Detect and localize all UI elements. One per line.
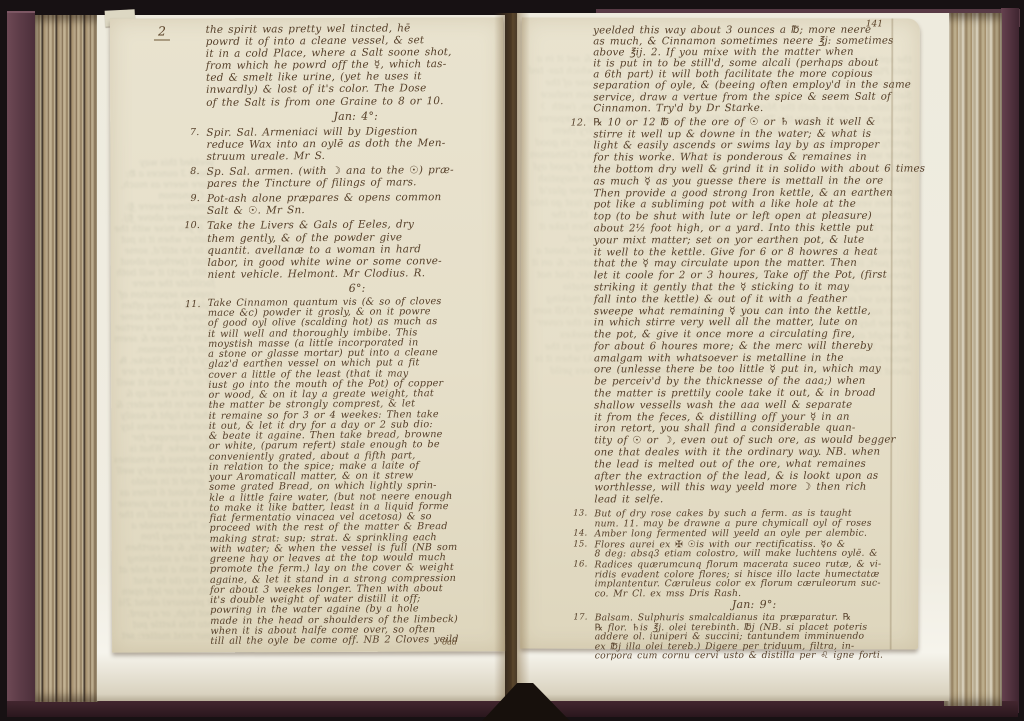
- manuscript-line: 6°:: [208, 281, 507, 295]
- manuscript-line: iron retort, you shall find a considerab…: [594, 423, 926, 436]
- manuscript-line: the lead is melted out of the ore, what …: [594, 458, 926, 471]
- handwritten-text-right: yeelded this way about 3 ounces a ℔; mor…: [558, 25, 914, 663]
- manuscript-line: stirre it well up & downe in the water; …: [593, 128, 925, 141]
- manuscript-line: Jan: 9°:: [595, 600, 914, 610]
- page-stack-left: [35, 15, 99, 702]
- handwritten-text-left: the spirit was pretty wel tincted, hēpow…: [171, 22, 510, 649]
- manuscript-line: Salt & ☉. Mr Sn.: [207, 203, 506, 217]
- manuscript-line: ℞ 10 or 12 ℔ of the ore of ☉ or ♄ wash i…: [593, 116, 925, 129]
- text-block: 10.Take the Livers & Gals of Eeles, dryt…: [172, 218, 506, 281]
- manuscript-line: pares the Tincture of filings of mars.: [207, 176, 506, 190]
- item-number: 17.: [560, 613, 595, 661]
- book-cover-left: [7, 11, 35, 709]
- manuscript-line: light & easily ascends or swims lay by a…: [593, 140, 925, 153]
- manuscript-line: as much ☿ as you guesse there is mettall…: [594, 175, 926, 188]
- manuscript-line: co. Mr Cl. ex mss Dris Rash.: [595, 588, 914, 598]
- text-block: 16.Radices quærumcunq florum macerata su…: [560, 560, 914, 599]
- text-block: 12.℞ 10 or 12 ℔ of the ore of ☉ or ♄ was…: [558, 116, 913, 506]
- manuscript-line: top (to be shut with lute or left open a…: [594, 211, 926, 224]
- manuscript-line: separation of oyle, & (beeing often empl…: [593, 80, 912, 92]
- manuscript-line: after the extraction of the lead, & is l…: [594, 470, 926, 483]
- item-number: [171, 24, 207, 109]
- manuscript-line: yeelded this way about 3 ounces a ℔; mor…: [593, 25, 912, 37]
- manuscript-line: that the ☿ may circulate upon the matter…: [594, 258, 926, 271]
- manuscript-line: till all the oyle be come off. NB 2 Clov…: [210, 635, 509, 648]
- manuscript-line: the pot, & give it once more a circulati…: [594, 329, 926, 342]
- manuscript-line: service, draw a vertue from the spice & …: [593, 91, 912, 103]
- section-heading: Jan: 4°:: [171, 109, 505, 124]
- catchword: 8ad: [442, 637, 457, 646]
- folio-number-left: 2: [154, 23, 170, 40]
- text-block: 17.Balsam. Sulphuris smalcaldianus ita p…: [560, 613, 914, 662]
- item-number: 12.: [558, 117, 594, 506]
- manuscript-line: sweepe what remaining ☿ you can into the…: [594, 305, 926, 318]
- item-number: 7.: [171, 127, 206, 164]
- item-number: 15.: [559, 540, 594, 559]
- item-number: [558, 25, 593, 114]
- text-block: 13.But of dry rose cakes by such a ferm.…: [559, 509, 913, 529]
- manuscript-line: corpora cum cornu cervi usto & distilla …: [595, 651, 914, 661]
- manuscript-line: your mixt matter; set on yor earthen pot…: [594, 234, 926, 247]
- text-block: 7.Spir. Sal. Armeniaci will by Digestion…: [171, 124, 505, 163]
- manuscript-line: pot like a subliming pot with a like hol…: [594, 199, 926, 212]
- text-block: yeelded this way about 3 ounces a ℔; mor…: [558, 25, 912, 115]
- manuscript-line: it from the feces, & distilling off your…: [594, 411, 926, 424]
- section-heading: Jan: 9°:: [560, 600, 914, 611]
- manuscript-line: tity of ☉ or ☽, even out of such ore, as…: [594, 435, 926, 448]
- manuscript-line: let it coole for 2 or 3 houres, Take off…: [594, 270, 926, 283]
- manuscript-line: as much, & Cinnamon sometimes neere ℥j: …: [593, 36, 912, 48]
- item-number: 16.: [560, 560, 595, 598]
- item-number: 14.: [559, 530, 594, 540]
- item-number: [560, 601, 595, 611]
- page-stack-right: [944, 13, 1002, 706]
- manuscript-line: nient vehicle. Helmont. Mr Clodius. R.: [207, 266, 506, 280]
- text-block: 11.Take Cinnamon quantum vis (& so of cl…: [173, 297, 510, 648]
- manuscript-line: it well to the kettle. Give for 6 or 8 h…: [594, 246, 926, 259]
- item-number: 13.: [559, 509, 594, 528]
- manuscript-line: fall into the kettle) & out of it with a…: [594, 293, 926, 306]
- manuscript-line: struum ureale. Mr S.: [207, 149, 506, 163]
- manuscript-line: of the Salt is from one Graine to 8 or 1…: [206, 94, 505, 108]
- text-block: 15.Flores aurei ex ✠ ☉is with our rectif…: [559, 539, 913, 559]
- manuscript-line: be perceiv'd by the thicknesse of the aa…: [594, 376, 926, 389]
- manuscript-line: ore (unlesse there be too little ☿ put i…: [594, 364, 926, 377]
- text-block: 9.Pot-ash alone præpares & opens commonS…: [172, 191, 506, 218]
- manuscript-leaf-left: yeelded this way about 3 ounces a ℔; mor…: [110, 17, 505, 652]
- manuscript-book-photo: yeelded this way about 3 ounces a ℔; mor…: [0, 0, 1024, 721]
- manuscript-line: the matter is prettily coole take it out…: [594, 388, 926, 401]
- text-block: the spirit was pretty wel tincted, hēpow…: [171, 22, 506, 109]
- manuscript-line: Then provide a good strong Iron kettle, …: [594, 187, 926, 200]
- item-number: 8.: [172, 166, 207, 190]
- manuscript-line: the bottom dry well & grind it in solido…: [594, 163, 926, 176]
- book-cover-right: [1001, 8, 1019, 713]
- manuscript-line: Jan: 4°:: [206, 109, 505, 123]
- manuscript-line: Cinnamon. Try'd by Dr Starke.: [593, 102, 912, 114]
- section-heading: 6°:: [173, 281, 507, 296]
- item-number: [173, 284, 208, 296]
- item-number: 9.: [172, 193, 207, 217]
- manuscript-line: worthlesse, will this way yeeld more ☽ t…: [594, 482, 926, 495]
- manuscript-line: for about 6 houres more; & the merc will…: [594, 340, 926, 353]
- manuscript-leaf-right: the spirit was pretty wel tincted, hē po…: [520, 17, 920, 649]
- item-number: 10.: [172, 220, 207, 281]
- manuscript-line: lead it selfe.: [594, 494, 926, 507]
- manuscript-line: shallow vessells wash the aaa well & sep…: [594, 399, 926, 412]
- manuscript-line: for this worke. What is ponderous & rema…: [593, 152, 925, 165]
- manuscript-line: about 2½ foot high, or a yard. Into this…: [594, 222, 926, 235]
- manuscript-line: Amber long fermented will yeeld an oyle …: [594, 529, 913, 539]
- text-block: 8.Sp. Sal. armen. (with ☽ ana to the ☉) …: [172, 164, 506, 191]
- item-number: [171, 112, 206, 124]
- item-number: 11.: [173, 299, 211, 648]
- manuscript-line: in which stirre very well all the matter…: [594, 317, 926, 330]
- manuscript-line: one that deales with it the ordinary way…: [594, 447, 926, 460]
- text-block: 14.Amber long fermented will yeeld an oy…: [559, 529, 913, 540]
- manuscript-line: striking it gently that the ☿ sticking t…: [594, 281, 926, 294]
